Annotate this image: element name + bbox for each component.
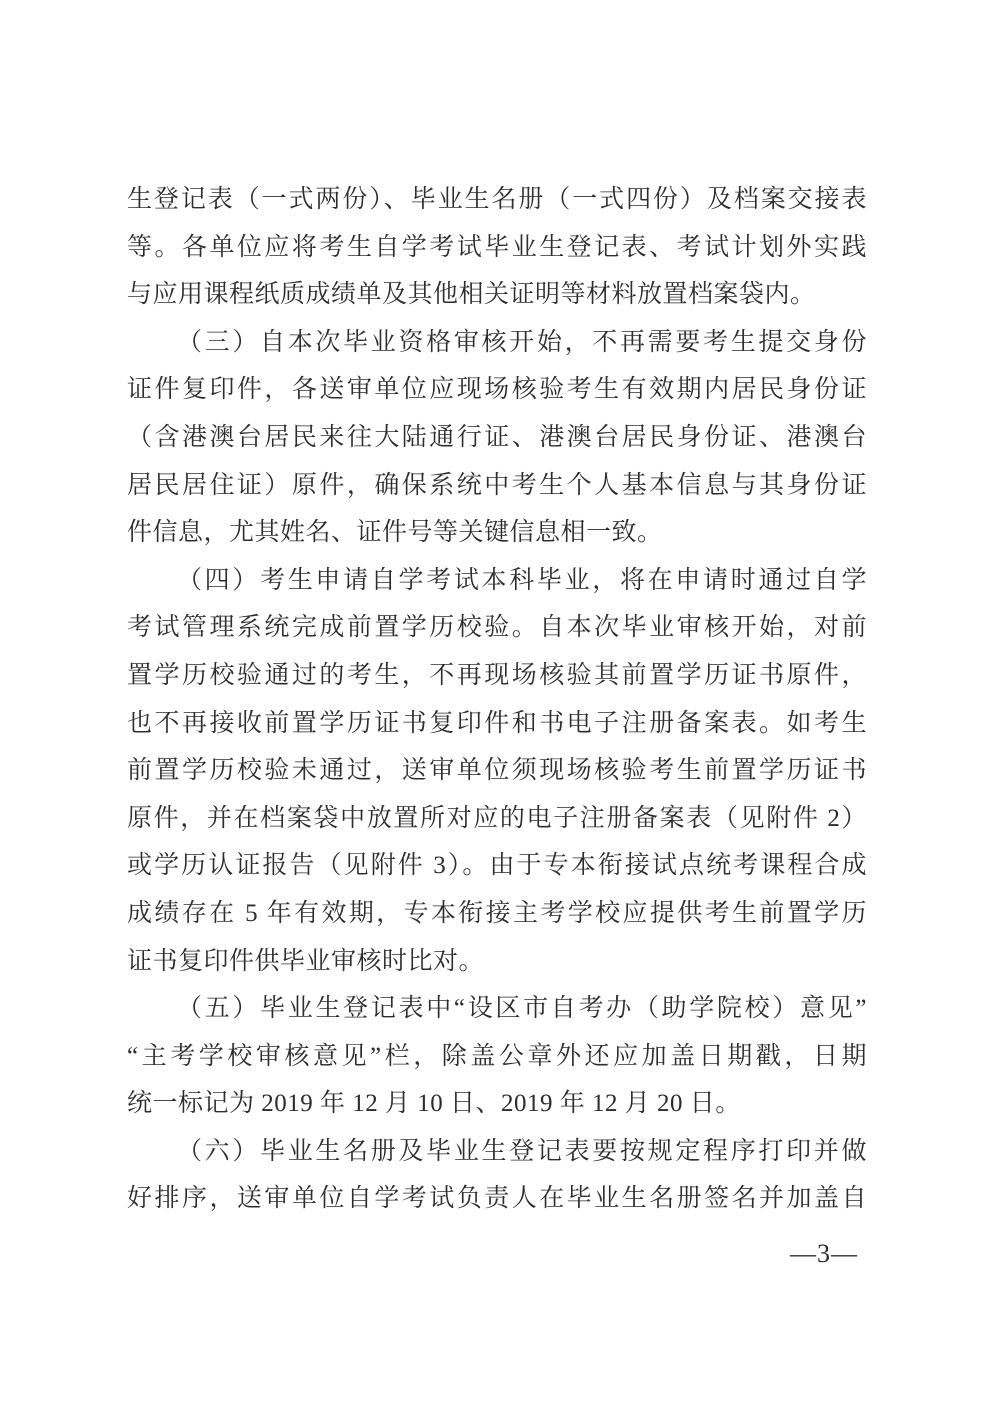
document-line: 好排序，送审单位自学考试负责人在毕业生名册签名并加盖自 — [127, 1175, 867, 1223]
document-line: （五）毕业生登记表中“设区市自考办（助学院校）意见” — [127, 985, 867, 1033]
document-line: 生登记表（一式两份）、毕业生名册（一式四份）及档案交接表 — [127, 176, 867, 224]
document-line: 统一标记为 2019 年 12 月 10 日、2019 年 12 月 20 日。 — [127, 1080, 867, 1128]
document-line: 考试管理系统完成前置学历校验。自本次毕业审核开始，对前 — [127, 604, 867, 652]
document-line: 也不再接收前置学历证书复印件和书电子注册备案表。如考生 — [127, 700, 867, 748]
document-line: 前置学历校验未通过，送审单位须现场核验考生前置学历证书 — [127, 747, 867, 795]
document-line: 证书复印件供毕业审核时比对。 — [127, 938, 867, 986]
document-line: 原件，并在档案袋中放置所对应的电子注册备案表（见附件 2） — [127, 795, 867, 843]
document-line: 或学历认证报告（见附件 3）。由于专本衔接试点统考课程合成 — [127, 842, 867, 890]
document-page: 生登记表（一式两份）、毕业生名册（一式四份）及档案交接表 等。各单位应将考生自学… — [0, 0, 992, 1403]
document-line: （四）考生申请自学考试本科毕业，将在申请时通过自学 — [127, 557, 867, 605]
document-body: 生登记表（一式两份）、毕业生名册（一式四份）及档案交接表 等。各单位应将考生自学… — [127, 176, 867, 1223]
document-line: 证件复印件，各送审单位应现场核验考生有效期内居民身份证 — [127, 366, 867, 414]
document-line: 与应用课程纸质成绩单及其他相关证明等材料放置档案袋内。 — [127, 271, 867, 319]
document-line: 居民居住证）原件，确保系统中考生个人基本信息与其身份证 — [127, 462, 867, 510]
document-line: （含港澳台居民来往大陆通行证、港澳台居民身份证、港澳台 — [127, 414, 867, 462]
document-line: “主考学校审核意见”栏，除盖公章外还应加盖日期戳，日期 — [127, 1033, 867, 1081]
page-number: —3— — [790, 1238, 858, 1270]
document-line: （六）毕业生名册及毕业生登记表要按规定程序打印并做 — [127, 1128, 867, 1176]
document-line: （三）自本次毕业资格审核开始，不再需要考生提交身份 — [127, 319, 867, 367]
document-line: 成绩存在 5 年有效期，专本衔接主考学校应提供考生前置学历 — [127, 890, 867, 938]
document-line: 置学历校验通过的考生，不再现场核验其前置学历证书原件， — [127, 652, 867, 700]
document-line: 件信息，尤其姓名、证件号等关键信息相一致。 — [127, 509, 867, 557]
document-line: 等。各单位应将考生自学考试毕业生登记表、考试计划外实践 — [127, 224, 867, 272]
